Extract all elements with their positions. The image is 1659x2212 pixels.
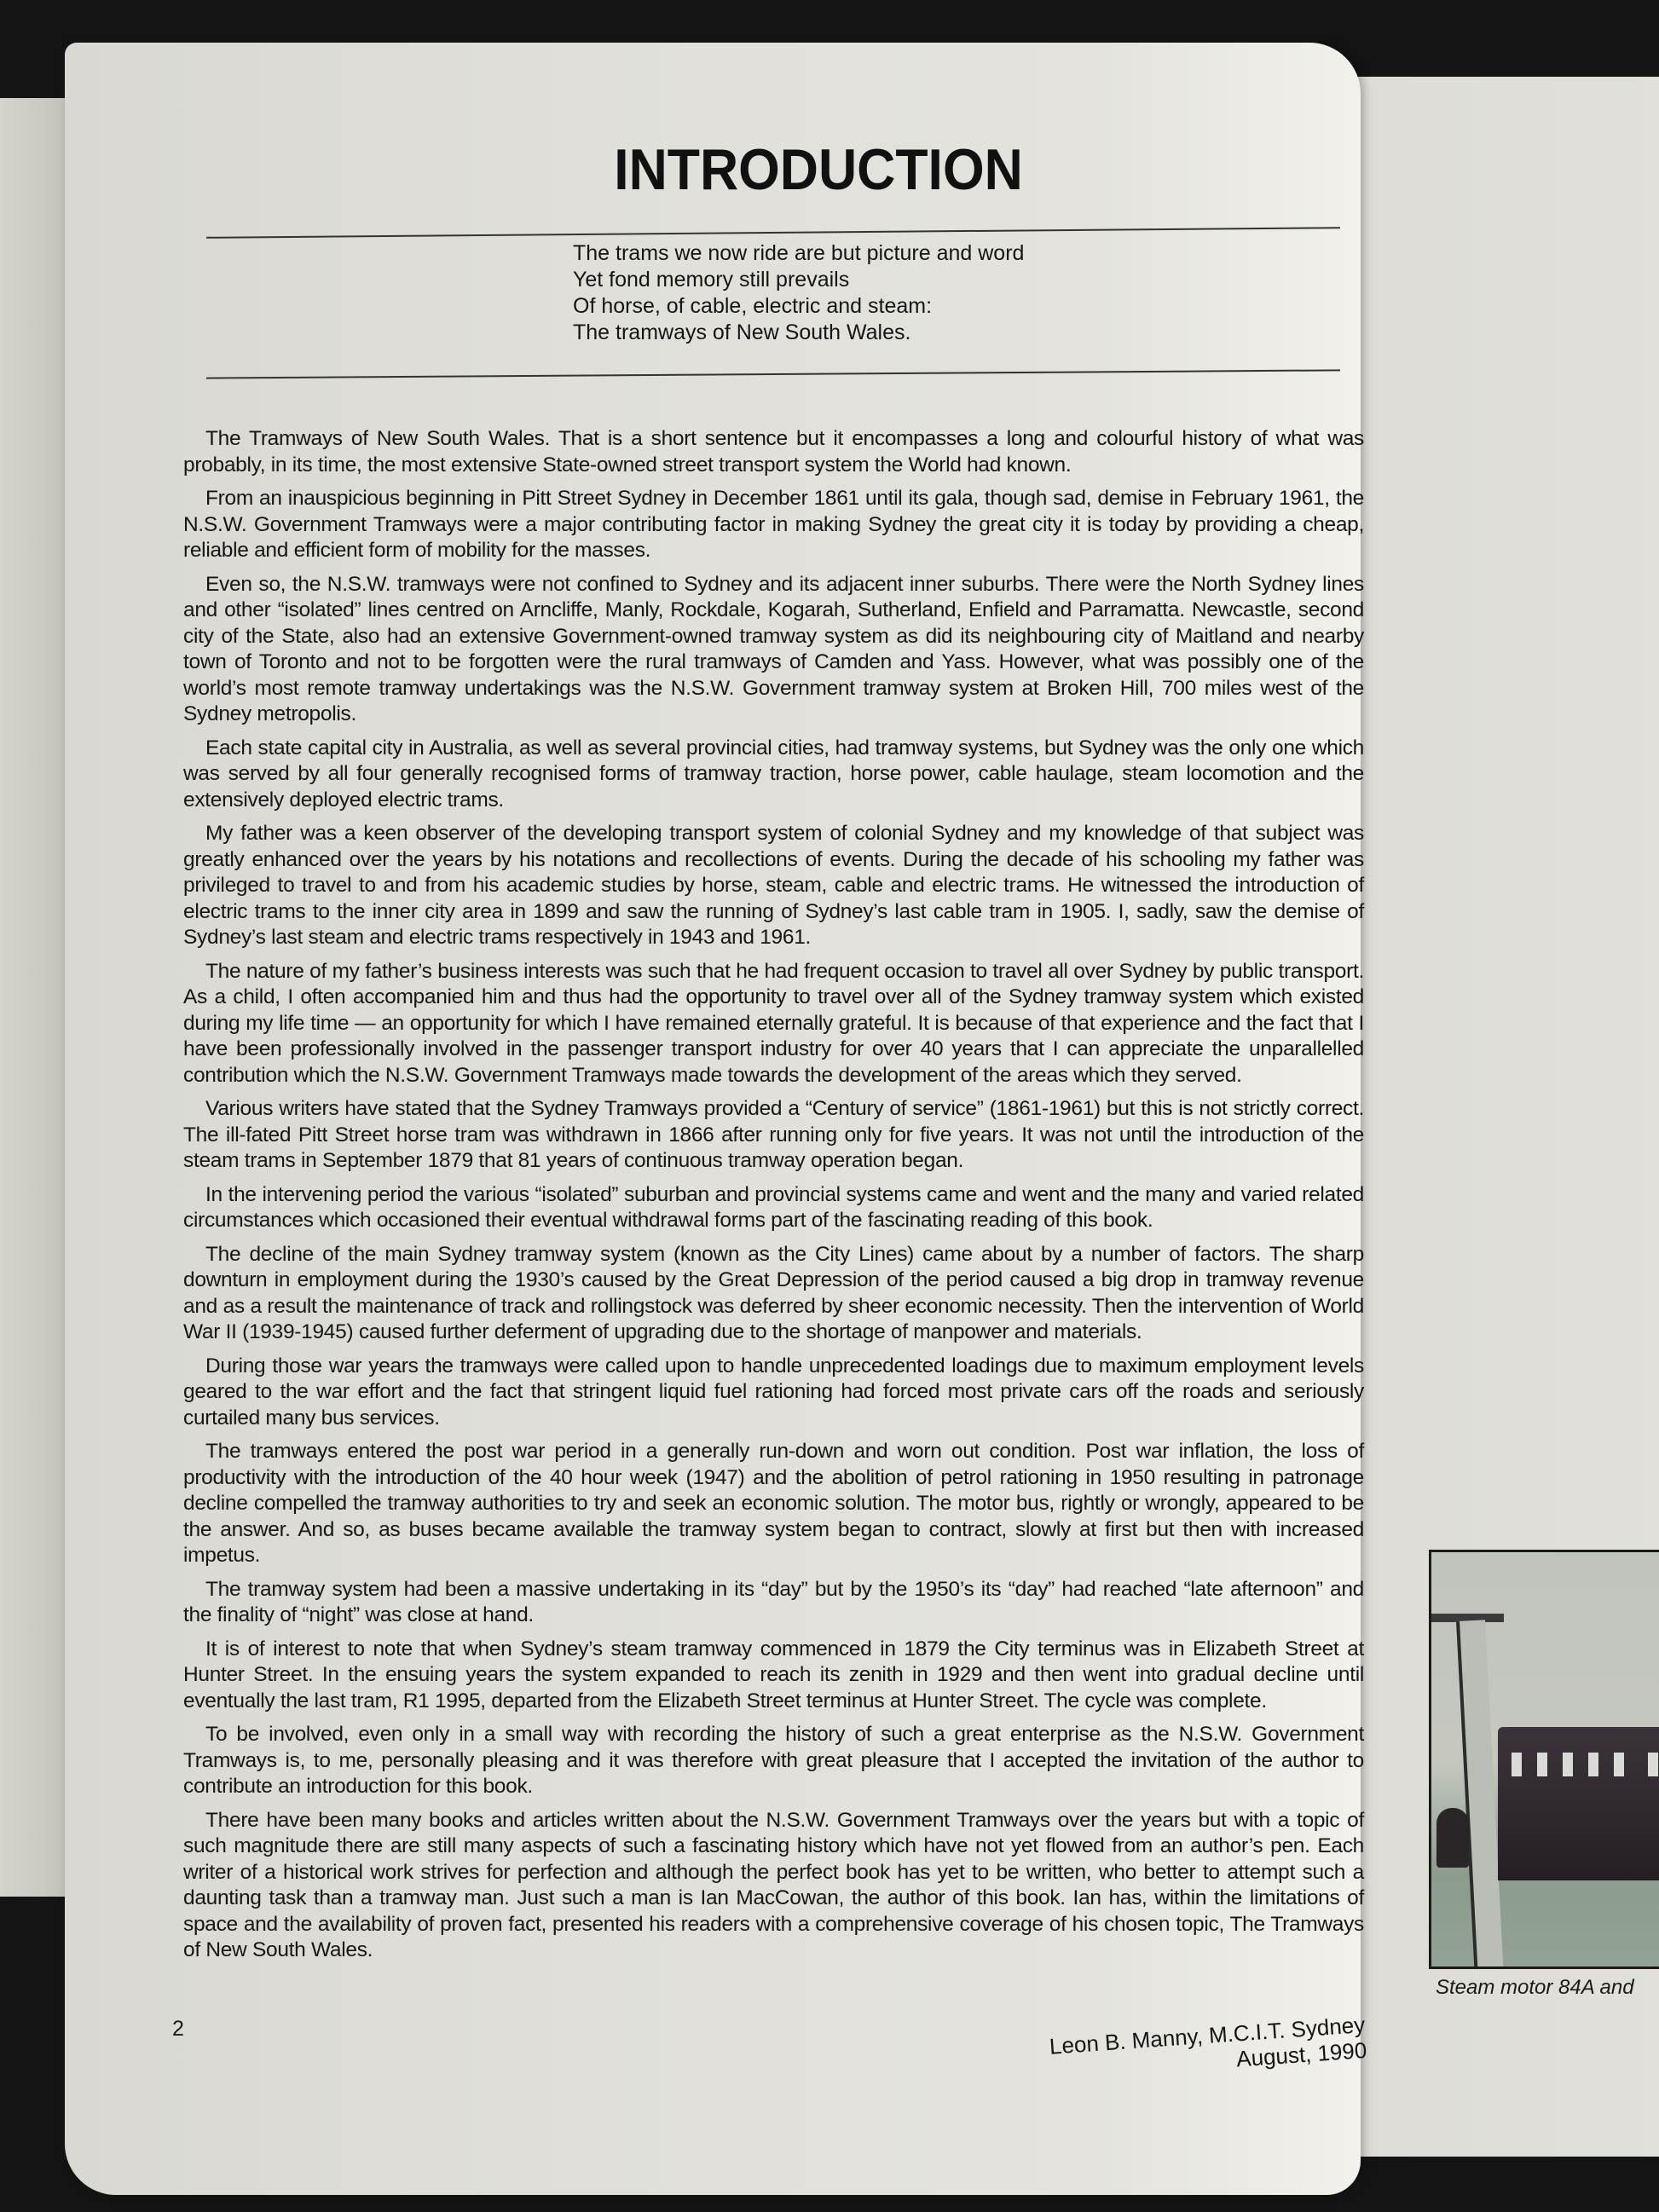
poem-line: Yet fond memory still prevails [573, 267, 1024, 293]
paragraph: To be involved, even only in a small way… [183, 1722, 1364, 1800]
paragraph: My father was a keen observer of the dev… [183, 821, 1364, 951]
photo-pole [1456, 1620, 1504, 1969]
photo-tram-car [1498, 1727, 1659, 1880]
paragraph: Even so, the N.S.W. tramways were not co… [183, 572, 1364, 728]
poem-line: The tramways of New South Wales. [573, 320, 1024, 346]
paragraph: The nature of my father’s business inter… [183, 959, 1364, 1089]
paragraph: In the intervening period the various “i… [183, 1182, 1364, 1234]
photo-person [1436, 1808, 1469, 1868]
paragraph: The decline of the main Sydney tramway s… [183, 1242, 1364, 1346]
paragraph: There have been many books and articles … [183, 1808, 1364, 1964]
paragraph: It is of interest to note that when Sydn… [183, 1637, 1364, 1715]
paragraph: During those war years the tramways were… [183, 1354, 1364, 1432]
photo-caption: Steam motor 84A and [1436, 1976, 1634, 2000]
introduction-body: The Tramways of New South Wales. That is… [183, 426, 1364, 1972]
poem-line: Of horse, of cable, electric and steam: [573, 293, 1024, 320]
paragraph: The Tramways of New South Wales. That is… [183, 426, 1364, 478]
epigraph-poem: The trams we now ride are but picture an… [573, 240, 1024, 346]
paragraph: Each state capital city in Australia, as… [183, 736, 1364, 814]
page-number: 2 [172, 2017, 184, 2042]
page-title: INTRODUCTION [66, 136, 1571, 203]
paragraph: The tramway system had been a massive un… [183, 1577, 1364, 1629]
paragraph: Various writers have stated that the Syd… [183, 1096, 1364, 1175]
paragraph: The tramways entered the post war period… [183, 1439, 1364, 1569]
steam-motor-photo [1429, 1550, 1659, 1969]
poem-line: The trams we now ride are but picture an… [573, 240, 1024, 267]
paragraph: From an inauspicious beginning in Pitt S… [183, 486, 1364, 564]
